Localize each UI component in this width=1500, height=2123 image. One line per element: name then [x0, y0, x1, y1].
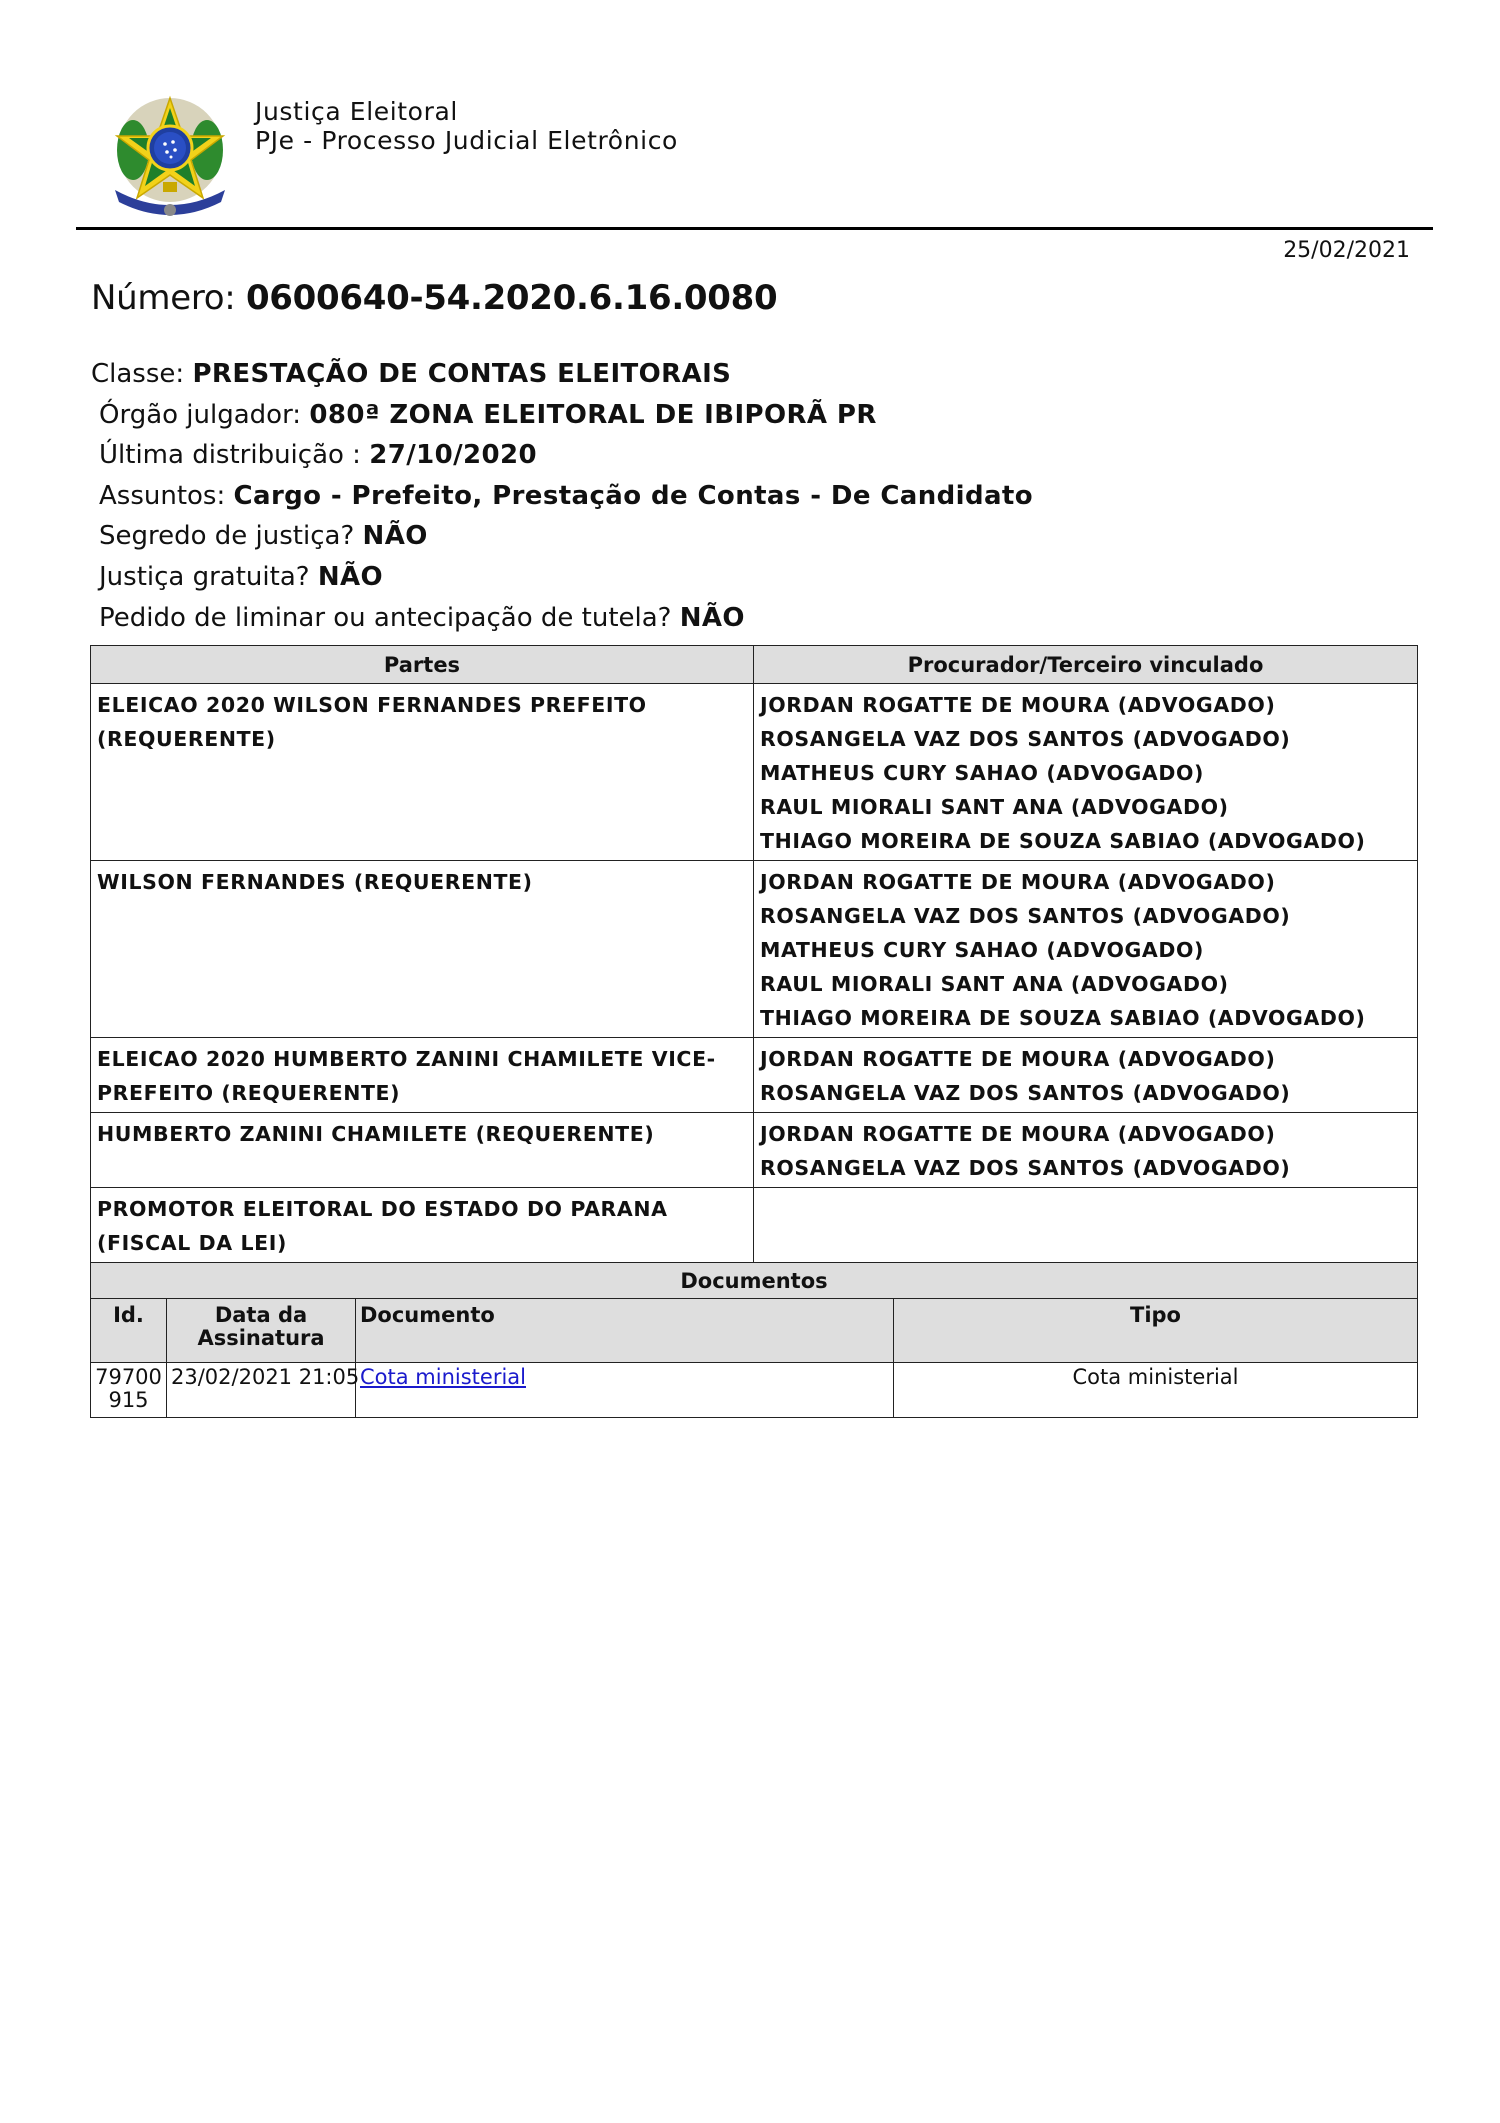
partes-row: PROMOTOR ELEITORAL DO ESTADO DO PARANA (… [91, 1188, 1418, 1263]
procurador-name: MATHEUS CURY SAHAO (ADVOGADO) [760, 933, 1411, 967]
procurador-name: RAUL MIORALI SANT ANA (ADVOGADO) [760, 790, 1411, 824]
documentos-title-row: Documentos [91, 1263, 1418, 1299]
procurador-name: ROSANGELA VAZ DOS SANTOS (ADVOGADO) [760, 899, 1411, 933]
procuradores-cell [754, 1188, 1418, 1263]
field-label: Segredo de justiça? [99, 521, 354, 551]
partes-row: ELEICAO 2020 WILSON FERNANDES PREFEITO (… [91, 684, 1418, 861]
col-header-documento: Documento [356, 1299, 894, 1363]
field-value: Cargo - Prefeito, Prestação de Contas - … [234, 481, 1034, 511]
process-number-value: 0600640-54.2020.6.16.0080 [246, 278, 777, 318]
parte-name: WILSON FERNANDES (REQUERENTE) [91, 861, 754, 1038]
procurador-name: MATHEUS CURY SAHAO (ADVOGADO) [760, 756, 1411, 790]
brasao-logo-icon [105, 90, 235, 220]
parte-name: HUMBERTO ZANINI CHAMILETE (REQUERENTE) [91, 1113, 754, 1188]
procurador-name: ROSANGELA VAZ DOS SANTOS (ADVOGADO) [760, 1151, 1411, 1185]
parte-name: ELEICAO 2020 HUMBERTO ZANINI CHAMILETE V… [91, 1038, 754, 1113]
field-value: 080ª ZONA ELEITORAL DE IBIPORÃ PR [309, 400, 876, 430]
procurador-name: ROSANGELA VAZ DOS SANTOS (ADVOGADO) [760, 1076, 1411, 1110]
field-value: NÃO [318, 562, 383, 592]
print-date: 25/02/2021 [1283, 238, 1410, 263]
documentos-header-row: Id. Data da Assinatura Documento Tipo [91, 1299, 1418, 1363]
procuradores-cell: JORDAN ROGATTE DE MOURA (ADVOGADO)ROSANG… [754, 1038, 1418, 1113]
field-segredo-justica: Segredo de justiça? NÃO [91, 516, 1033, 557]
field-value: NÃO [680, 603, 745, 633]
documento-link[interactable]: Cota ministerial [360, 1365, 526, 1389]
partes-row: HUMBERTO ZANINI CHAMILETE (REQUERENTE)JO… [91, 1113, 1418, 1188]
partes-row: ELEICAO 2020 HUMBERTO ZANINI CHAMILETE V… [91, 1038, 1418, 1113]
col-header-data: Data da Assinatura [167, 1299, 356, 1363]
documentos-title: Documentos [91, 1263, 1418, 1299]
documento-row: 7970091523/02/2021 21:05Cota ministerial… [91, 1363, 1418, 1418]
procurador-name: THIAGO MOREIRA DE SOUZA SABIAO (ADVOGADO… [760, 1001, 1411, 1035]
process-number: Número: 0600640-54.2020.6.16.0080 [91, 278, 777, 318]
procuradores-cell: JORDAN ROGATTE DE MOURA (ADVOGADO)ROSANG… [754, 861, 1418, 1038]
field-value: PRESTAÇÃO DE CONTAS ELEITORAIS [192, 359, 731, 389]
col-header-procurador: Procurador/Terceiro vinculado [754, 646, 1418, 684]
documento-id-part: 79700 [91, 1366, 166, 1389]
documento-data-assinatura: 23/02/2021 21:05 [167, 1363, 356, 1418]
field-label: Classe: [91, 359, 184, 389]
documento-tipo: Cota ministerial [894, 1363, 1418, 1418]
field-label: Última distribuição : [99, 440, 361, 470]
partes-header-row: Partes Procurador/Terceiro vinculado [91, 646, 1418, 684]
documento-id: 79700915 [91, 1363, 167, 1418]
org-name: Justiça Eleitoral [255, 97, 678, 126]
field-label: Justiça gratuita? [99, 562, 310, 592]
procuradores-cell: JORDAN ROGATTE DE MOURA (ADVOGADO)ROSANG… [754, 1113, 1418, 1188]
system-name: PJe - Processo Judicial Eletrônico [255, 126, 678, 155]
procuradores-cell: JORDAN ROGATTE DE MOURA (ADVOGADO)ROSANG… [754, 684, 1418, 861]
field-justica-gratuita: Justiça gratuita? NÃO [91, 557, 1033, 598]
procurador-name: JORDAN ROGATTE DE MOURA (ADVOGADO) [760, 688, 1411, 722]
procurador-name: JORDAN ROGATTE DE MOURA (ADVOGADO) [760, 1117, 1411, 1151]
procurador-name: ROSANGELA VAZ DOS SANTOS (ADVOGADO) [760, 722, 1411, 756]
process-number-label: Número: [91, 278, 235, 318]
field-label: Órgão julgador: [99, 400, 301, 430]
col-header-tipo: Tipo [894, 1299, 1418, 1363]
documento-id-part: 915 [91, 1389, 166, 1412]
documento-cell: Cota ministerial [356, 1363, 894, 1418]
parte-name: PROMOTOR ELEITORAL DO ESTADO DO PARANA (… [91, 1188, 754, 1263]
procurador-name: JORDAN ROGATTE DE MOURA (ADVOGADO) [760, 1042, 1411, 1076]
procurador-name: RAUL MIORALI SANT ANA (ADVOGADO) [760, 967, 1411, 1001]
partes-table: Partes Procurador/Terceiro vinculado ELE… [90, 645, 1418, 1263]
col-header-partes: Partes [91, 646, 754, 684]
partes-row: WILSON FERNANDES (REQUERENTE)JORDAN ROGA… [91, 861, 1418, 1038]
field-classe: Classe: PRESTAÇÃO DE CONTAS ELEITORAIS [91, 354, 1033, 395]
field-value: 27/10/2020 [369, 440, 537, 470]
field-ultima-distribuicao: Última distribuição : 27/10/2020 [91, 435, 1033, 476]
header-org-text: Justiça Eleitoral PJe - Processo Judicia… [255, 97, 678, 155]
field-label: Pedido de liminar ou antecipação de tute… [99, 603, 671, 633]
field-pedido-liminar: Pedido de liminar ou antecipação de tute… [91, 598, 1033, 639]
documentos-table: Documentos Id. Data da Assinatura Docume… [90, 1262, 1418, 1418]
col-header-id: Id. [91, 1299, 167, 1363]
field-value: NÃO [363, 521, 428, 551]
parte-name: ELEICAO 2020 WILSON FERNANDES PREFEITO (… [91, 684, 754, 861]
process-metadata: Classe: PRESTAÇÃO DE CONTAS ELEITORAIS Ó… [91, 354, 1033, 638]
field-assuntos: Assuntos: Cargo - Prefeito, Prestação de… [91, 476, 1033, 517]
field-label: Assuntos: [99, 481, 225, 511]
procurador-name: THIAGO MOREIRA DE SOUZA SABIAO (ADVOGADO… [760, 824, 1411, 858]
procurador-name: JORDAN ROGATTE DE MOURA (ADVOGADO) [760, 865, 1411, 899]
header-divider [76, 227, 1433, 230]
field-orgao-julgador: Órgão julgador: 080ª ZONA ELEITORAL DE I… [91, 395, 1033, 436]
